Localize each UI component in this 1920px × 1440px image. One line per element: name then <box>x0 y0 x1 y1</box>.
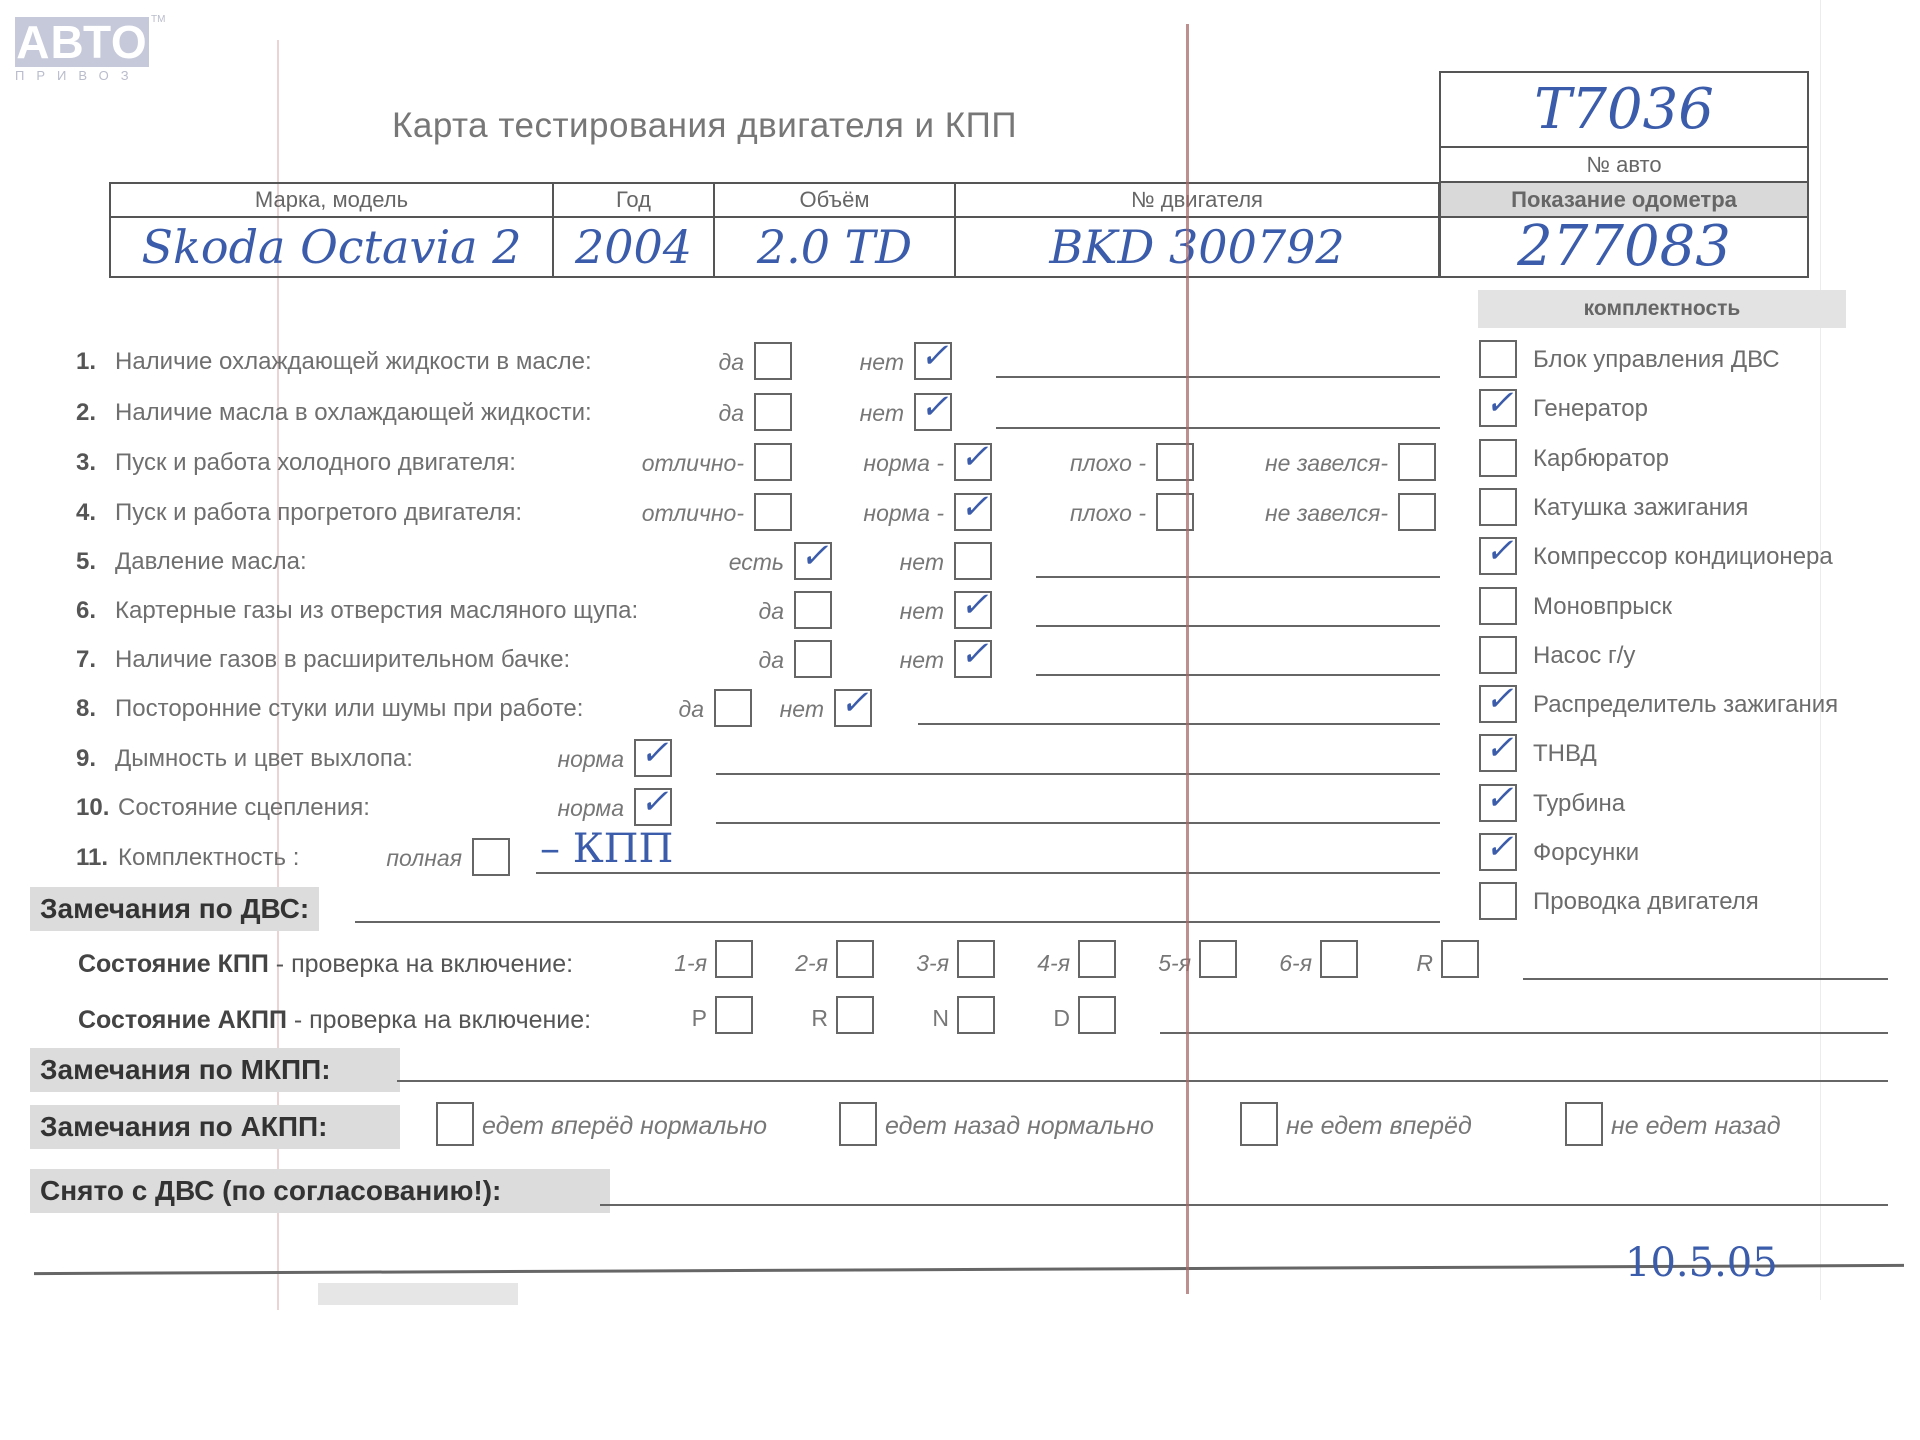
check-mark-icon: ✓ <box>1485 679 1514 719</box>
completeness-checkbox[interactable]: ✓ <box>1479 833 1517 871</box>
completeness-item-label: Моновпрыск <box>1533 593 1672 621</box>
auto-remark-label: не едет вперёд <box>1286 1112 1472 1141</box>
completeness-header: комплектность <box>1478 290 1846 328</box>
vehicle-info-table: Марка, модель Год Объём № двигателя Skod… <box>109 182 1440 278</box>
check-mark-icon: ✓ <box>840 683 869 723</box>
option-checkbox[interactable] <box>754 493 792 531</box>
option-checkbox[interactable]: ✓ <box>634 739 672 777</box>
scan-edge-line <box>1820 0 1821 1300</box>
page-title: Карта тестирования двигателя и КПП <box>392 106 1017 146</box>
completeness-checkbox[interactable]: ✓ <box>1479 537 1517 575</box>
option-label: норма <box>520 795 624 822</box>
option-label: нет <box>850 598 944 625</box>
completeness-item-label: Насос г/у <box>1533 642 1635 670</box>
option-checkbox[interactable] <box>1398 443 1436 481</box>
check-number: 7. <box>76 646 96 674</box>
tester-stamp <box>318 1283 518 1305</box>
check-question: Состояние сцепления: <box>118 794 370 822</box>
completeness-item-label: Катушка зажигания <box>1533 494 1748 522</box>
option-checkbox[interactable]: ✓ <box>634 788 672 826</box>
manual-gear-label: R <box>1381 950 1433 977</box>
auto-position-checkbox[interactable] <box>1078 996 1116 1034</box>
remarks-manual-line[interactable] <box>397 1080 1888 1082</box>
check-notes-line[interactable] <box>716 773 1440 775</box>
option-checkbox[interactable]: ✓ <box>954 493 992 531</box>
check-notes-line[interactable] <box>996 376 1440 378</box>
option-label: полная <box>360 845 462 872</box>
auto-remark-checkbox[interactable] <box>1565 1102 1603 1146</box>
auto-position-label: N <box>907 1005 949 1032</box>
check-notes-line[interactable] <box>1036 576 1440 578</box>
option-checkbox[interactable]: ✓ <box>954 640 992 678</box>
completeness-item-label: Турбина <box>1533 790 1625 818</box>
completeness-checkbox[interactable] <box>1479 439 1517 477</box>
option-label: отлично- <box>570 500 744 527</box>
option-label: отлично- <box>570 450 744 477</box>
option-checkbox[interactable] <box>754 393 792 431</box>
remarks-engine-line[interactable] <box>355 921 1440 923</box>
check-number: 3. <box>76 449 96 477</box>
option-label: да <box>650 696 704 723</box>
completeness-item-label: Блок управления ДВС <box>1533 346 1780 374</box>
logo-subtitle: ПРИВОЗ <box>15 68 149 83</box>
col-volume: Объём <box>714 183 955 217</box>
option-checkbox[interactable]: ✓ <box>954 591 992 629</box>
remarks-auto-label: Замечания по АКПП: <box>30 1105 400 1149</box>
manual-gear-label: 6-я <box>1260 950 1312 977</box>
auto-position-checkbox[interactable] <box>836 996 874 1034</box>
manual-gear-label: 2-я <box>776 950 828 977</box>
odometer-label: Показание одометра <box>1441 183 1807 218</box>
option-checkbox[interactable] <box>754 342 792 380</box>
auto-gearbox-line[interactable] <box>1160 1032 1888 1034</box>
scan-red-line <box>1186 24 1189 1294</box>
check-mark-icon: ✓ <box>1485 531 1514 571</box>
check-notes-line[interactable] <box>1036 625 1440 627</box>
option-checkbox[interactable] <box>1398 493 1436 531</box>
check-mark-icon: ✓ <box>960 634 989 674</box>
check-number: 2. <box>76 399 96 427</box>
make-model-value[interactable]: Skoda Octavia 2 <box>110 217 553 277</box>
check-mark-icon: ✓ <box>920 387 949 427</box>
check-question: Дымность и цвет выхлопа: <box>115 745 413 773</box>
check-mark-icon: ✓ <box>640 782 669 822</box>
logo-trademark: TM <box>151 14 165 25</box>
check-question: Пуск и работа прогретого двигателя: <box>115 499 522 527</box>
auto-position-label: R <box>786 1005 828 1032</box>
completeness-item-label: ТНВД <box>1533 740 1597 768</box>
odometer-value[interactable]: 277083 <box>1441 218 1807 276</box>
check-question: Посторонние стуки или шумы при работе: <box>115 695 583 723</box>
check-question: Картерные газы из отверстия масляного щу… <box>115 597 638 625</box>
check-notes-line[interactable] <box>996 427 1440 429</box>
check-number: 1. <box>76 348 96 376</box>
remarks-engine-label: Замечания по ДВС: <box>30 887 319 931</box>
completeness-checkbox[interactable]: ✓ <box>1479 734 1517 772</box>
check-mark-icon: ✓ <box>960 585 989 625</box>
completeness-checkbox[interactable] <box>1479 882 1517 920</box>
engine-number-value[interactable]: BKD 300792 <box>955 217 1439 277</box>
auto-remark-label: едет назад нормально <box>885 1112 1154 1141</box>
auto-gearbox-label: Состояние АКПП - проверка на включение: <box>78 1006 591 1035</box>
check-mark-icon: ✓ <box>640 733 669 773</box>
option-label: нет <box>810 349 904 376</box>
option-checkbox[interactable]: ✓ <box>794 542 832 580</box>
manual-gear-checkbox[interactable] <box>1078 940 1116 978</box>
check-number: 5. <box>76 548 96 576</box>
auto-position-label: P <box>665 1005 707 1032</box>
manual-gear-checkbox[interactable] <box>1199 940 1237 978</box>
check-number: 4. <box>76 499 96 527</box>
option-checkbox[interactable] <box>714 689 752 727</box>
completeness-checkbox[interactable] <box>1479 488 1517 526</box>
option-label: нет <box>750 696 824 723</box>
option-label: норма <box>520 746 624 773</box>
check-mark-icon: ✓ <box>1485 728 1514 768</box>
manual-gear-label: 1-я <box>655 950 707 977</box>
check-question: Пуск и работа холодного двигателя: <box>115 449 516 477</box>
completeness-checkbox[interactable]: ✓ <box>1479 784 1517 822</box>
completeness-item-label: Карбюратор <box>1533 445 1669 473</box>
signature-line[interactable] <box>34 1264 1904 1275</box>
auto-position-label: D <box>1028 1005 1070 1032</box>
auto-remark-label: едет вперёд нормально <box>482 1112 767 1141</box>
check-number: 9. <box>76 745 96 773</box>
check-mark-icon: ✓ <box>800 536 829 576</box>
volume-value[interactable]: 2.0 TD <box>714 217 955 277</box>
option-checkbox[interactable]: ✓ <box>914 393 952 431</box>
auto-position-checkbox[interactable] <box>715 996 753 1034</box>
check-mark-icon: ✓ <box>1485 383 1514 423</box>
option-label: нет <box>840 549 944 576</box>
auto-remark-label: не едет назад <box>1611 1112 1781 1141</box>
option-label: не завелся- <box>1190 500 1388 527</box>
option-checkbox[interactable] <box>754 443 792 481</box>
check-number: 11. <box>76 844 108 872</box>
option-checkbox[interactable]: ✓ <box>914 342 952 380</box>
manual-gearbox-label: Состояние КПП - проверка на включение: <box>78 950 573 979</box>
option-label: нет <box>850 647 944 674</box>
option-checkbox[interactable] <box>794 591 832 629</box>
check-mark-icon: ✓ <box>920 336 949 376</box>
check-notes-line[interactable] <box>716 822 1440 824</box>
check-number: 6. <box>76 597 96 625</box>
option-checkbox[interactable]: ✓ <box>954 443 992 481</box>
check-number: 10. <box>76 794 109 822</box>
check-question: Комплектность : <box>118 844 299 872</box>
completeness-checkbox[interactable]: ✓ <box>1479 685 1517 723</box>
option-label: плохо - <box>1030 450 1146 477</box>
option-checkbox[interactable]: ✓ <box>834 689 872 727</box>
option-checkbox[interactable] <box>794 640 832 678</box>
check-notes-line[interactable] <box>1036 674 1440 676</box>
remarks-manual-label: Замечания по МКПП: <box>30 1048 400 1092</box>
option-label: да <box>730 598 784 625</box>
manual-gear-checkbox[interactable] <box>1441 940 1479 978</box>
check-mark-icon: ✓ <box>1485 778 1514 818</box>
col-make-model: Марка, модель <box>110 183 553 217</box>
auto-position-checkbox[interactable] <box>957 996 995 1034</box>
removed-label: Снято с ДВС (по согласованию!): <box>30 1169 610 1213</box>
year-value[interactable]: 2004 <box>553 217 714 277</box>
check-notes-line[interactable] <box>918 723 1440 725</box>
option-checkbox[interactable] <box>954 542 992 580</box>
check-notes-line[interactable] <box>536 872 1440 874</box>
check-question: Наличие газов в расширительном бачке: <box>115 646 570 674</box>
manual-gear-checkbox[interactable] <box>957 940 995 978</box>
check-question: Наличие масла в охлаждающей жидкости: <box>115 399 592 427</box>
option-checkbox[interactable] <box>472 838 510 876</box>
check-question: Наличие охлаждающей жидкости в масле: <box>115 348 592 376</box>
option-label: нет <box>810 400 904 427</box>
auto-remark-checkbox[interactable] <box>436 1102 474 1146</box>
car-number-value[interactable]: T7036 <box>1441 73 1807 148</box>
handwritten-date: 10.5.05 <box>1625 1240 1778 1286</box>
option-label: плохо - <box>1030 500 1146 527</box>
manual-gear-label: 3-я <box>897 950 949 977</box>
manual-gearbox-line[interactable] <box>1523 978 1888 980</box>
auto-remark-checkbox[interactable] <box>839 1102 877 1146</box>
col-year: Год <box>553 183 714 217</box>
col-engine-number: № двигателя <box>955 183 1439 217</box>
manual-gear-checkbox[interactable] <box>715 940 753 978</box>
completeness-item-label: Компрессор кондиционера <box>1533 543 1833 571</box>
option-label: норма - <box>810 500 944 527</box>
option-label: да <box>670 400 744 427</box>
option-label: есть <box>690 549 784 576</box>
auto-remark-checkbox[interactable] <box>1240 1102 1278 1146</box>
check-mark-icon: ✓ <box>960 437 989 477</box>
completeness-item-label: Распределитель зажигания <box>1533 691 1838 719</box>
completeness-checkbox[interactable]: ✓ <box>1479 389 1517 427</box>
check-mark-icon: ✓ <box>1485 827 1514 867</box>
check-question: Давление масла: <box>115 548 307 576</box>
check-row: 4.Пуск и работа прогретого двигателя:отл… <box>0 493 1460 533</box>
option-label: да <box>670 349 744 376</box>
car-id-box: T7036 № авто Показание одометра 277083 <box>1439 71 1809 278</box>
completeness-checkbox[interactable] <box>1479 636 1517 674</box>
car-number-label: № авто <box>1441 148 1807 183</box>
completeness-checkbox[interactable] <box>1479 587 1517 625</box>
completeness-checkbox[interactable] <box>1479 340 1517 378</box>
option-label: да <box>730 647 784 674</box>
avtoprivoz-logo: АВТО <box>15 17 149 67</box>
check-number: 8. <box>76 695 96 723</box>
option-label: норма - <box>810 450 944 477</box>
option-label: не завелся- <box>1190 450 1388 477</box>
manual-gear-checkbox[interactable] <box>836 940 874 978</box>
completeness-item-label: Проводка двигателя <box>1533 888 1759 916</box>
manual-gear-checkbox[interactable] <box>1320 940 1358 978</box>
completeness-item-label: Генератор <box>1533 395 1648 423</box>
manual-gear-label: 5-я <box>1139 950 1191 977</box>
check-mark-icon: ✓ <box>960 487 989 527</box>
manual-gear-label: 4-я <box>1018 950 1070 977</box>
removed-line[interactable] <box>600 1204 1888 1206</box>
check-row: 3.Пуск и работа холодного двигателя:отли… <box>0 443 1460 483</box>
completeness-item-label: Форсунки <box>1533 839 1639 867</box>
completeness-note: – КПП <box>540 826 673 872</box>
